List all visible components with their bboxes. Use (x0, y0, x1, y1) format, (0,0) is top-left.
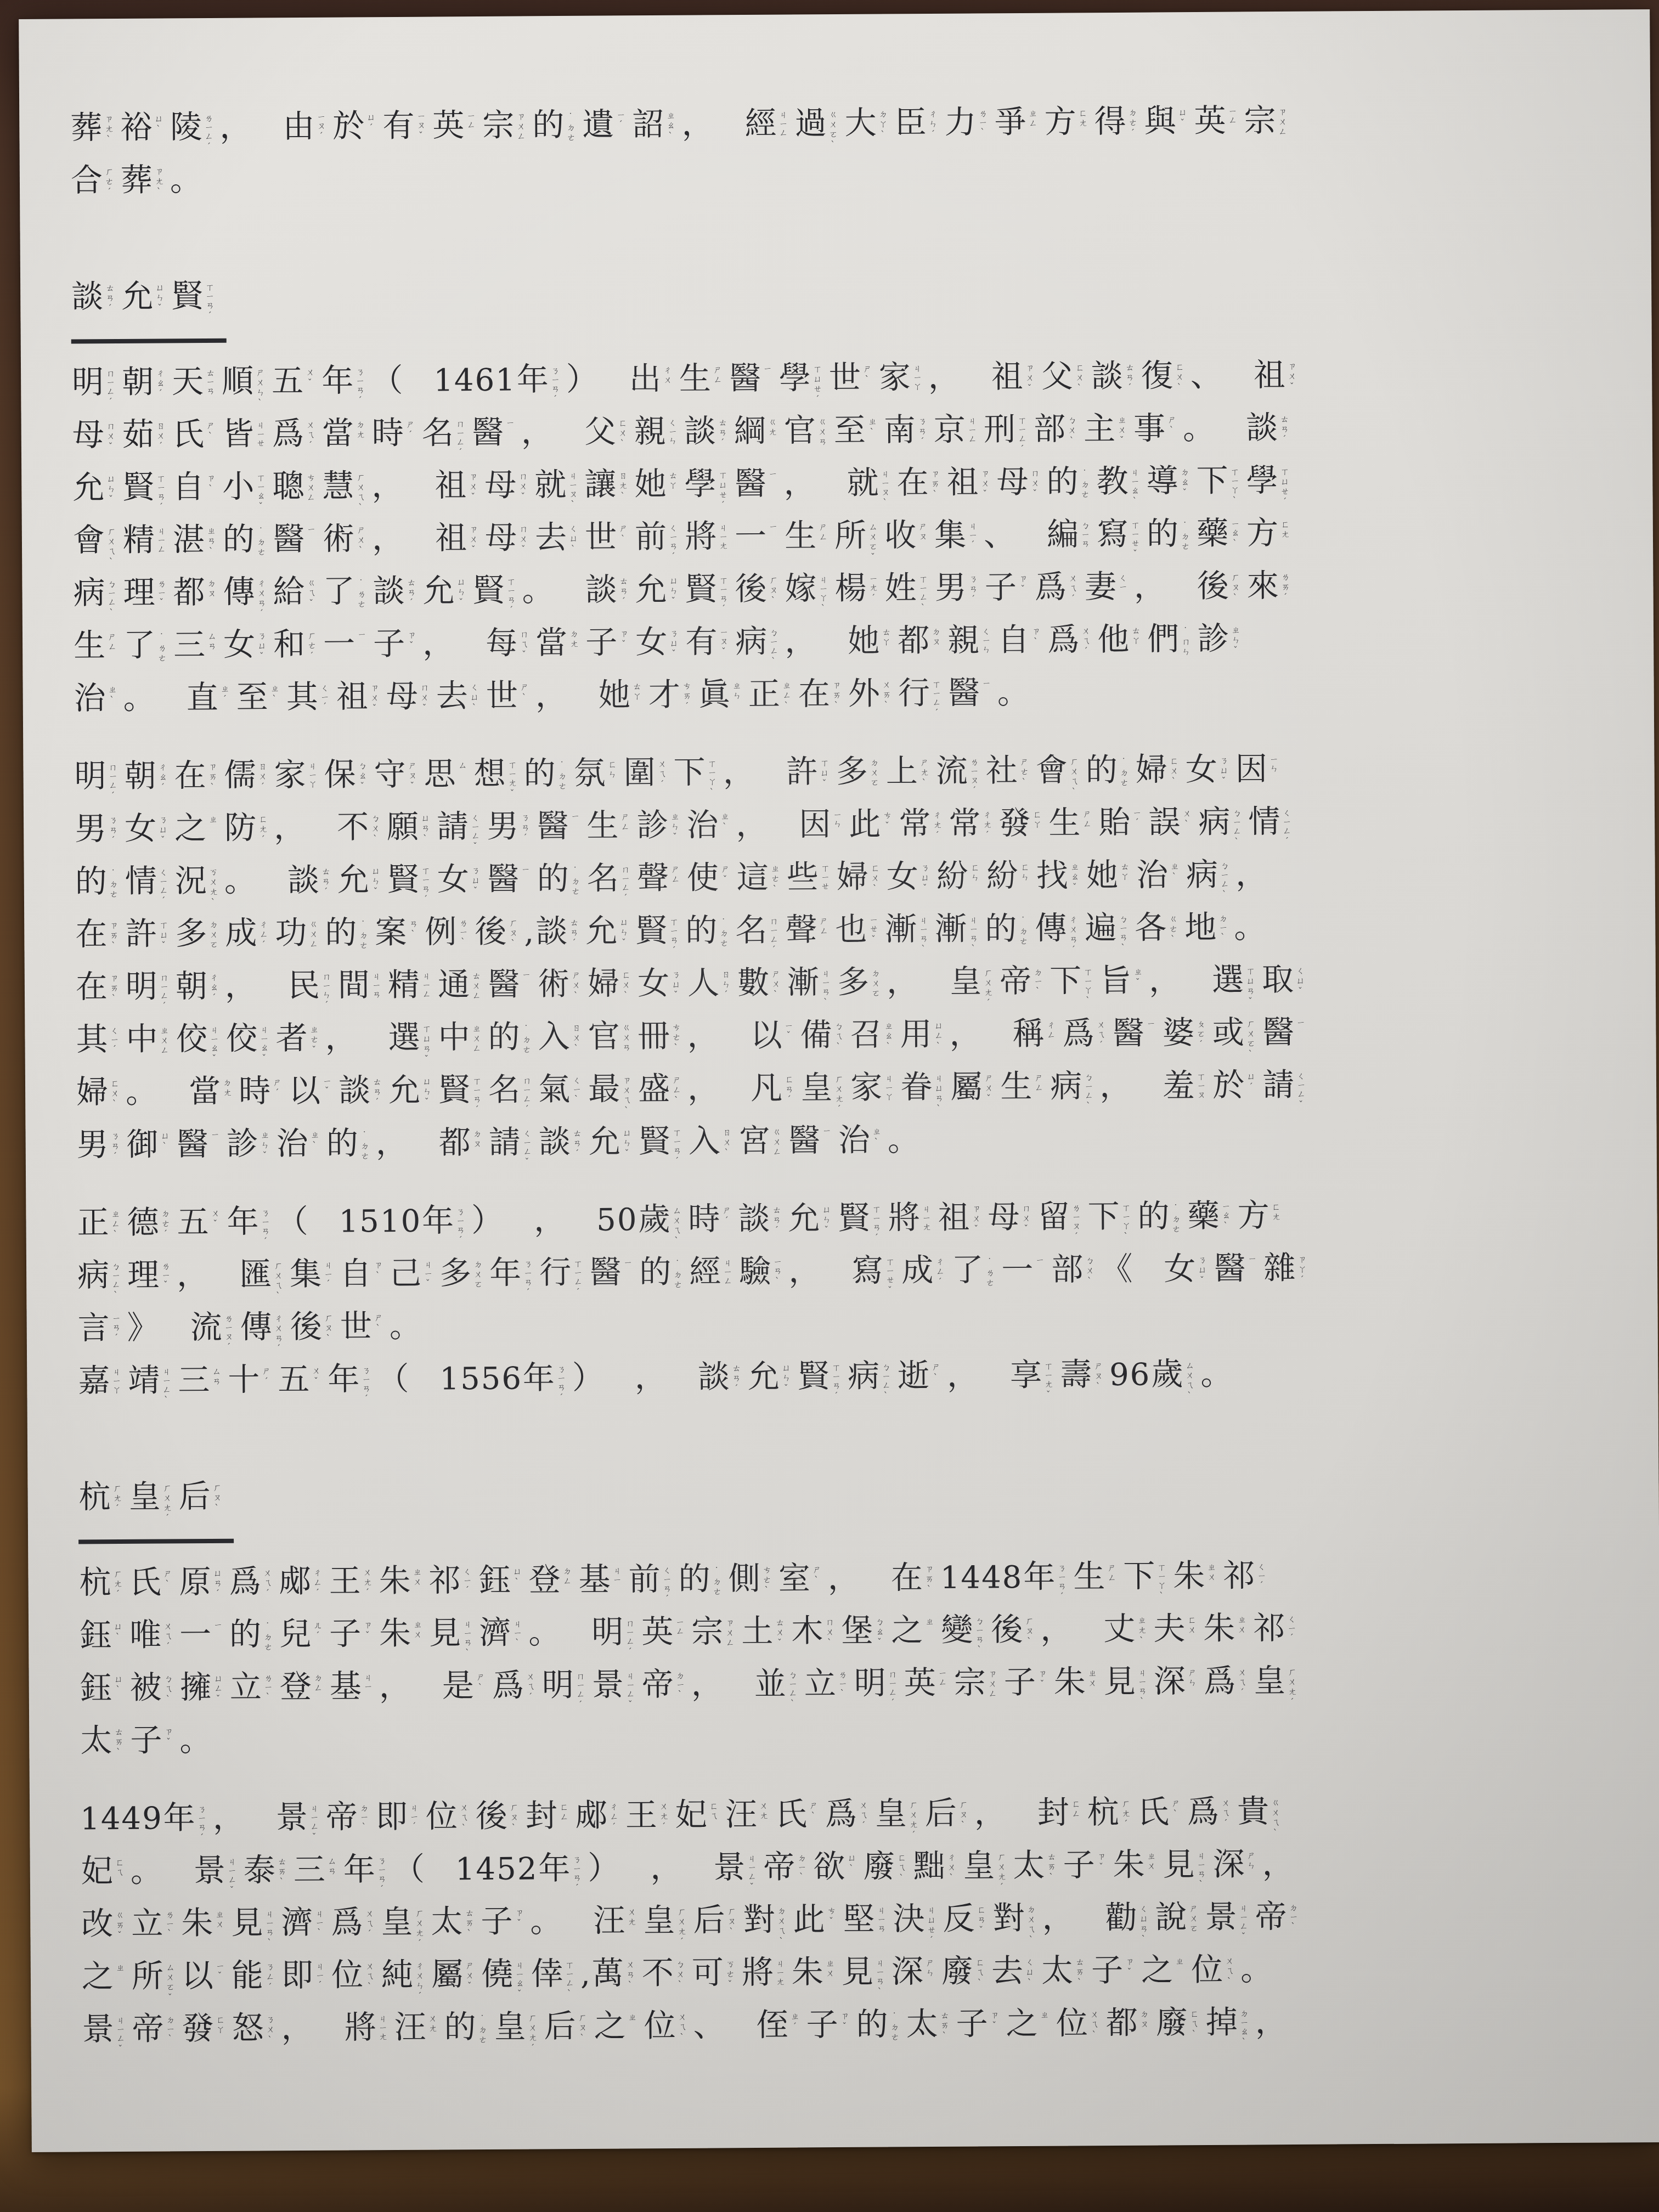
zhuyin-ruby: ㄌㄧㄡˊ (969, 757, 979, 803)
zhuyin-ruby: ㄊㄢˊ (619, 576, 628, 622)
cjk-char-with-zhuyin: 後ㄏㄡˋ (1197, 569, 1240, 619)
zhuyin-ruby: ㄧㄠˋ (1221, 1203, 1230, 1249)
cjk-char-with-zhuyin: 談ㄊㄢˊ (585, 573, 628, 622)
zhuyin-ruby: ㄧㄥ (675, 1618, 684, 1664)
cjk-char-with-zhuyin: 精ㄐㄧㄥ (388, 968, 431, 1018)
cjk-char-with-zhuyin: 子ㄗˇ (329, 1617, 372, 1666)
zhuyin-ruby: ㄋㄩˇ (158, 815, 167, 861)
cjk-punctuation: ， (535, 679, 567, 712)
zhuyin-ruby: ㄒㄧㄠˇ (256, 473, 265, 519)
cjk-char-with-zhuyin: 英ㄧㄥ (641, 1615, 684, 1664)
zhuyin-ruby: ㄇㄨˇ (1030, 469, 1039, 515)
zhuyin-ruby: ㄩˊ (1246, 1071, 1255, 1118)
zhuyin-ruby: ㄖㄨˋ (571, 1023, 580, 1069)
zhuyin-ruby: ㄓㄨ (215, 1910, 224, 1956)
cjk-char-with-zhuyin: 時ㄕˊ (239, 1074, 281, 1124)
zhuyin-ruby: ㄇㄨˇ (1021, 1204, 1030, 1250)
cjk-char-with-zhuyin: 成ㄔㄥˊ (225, 916, 268, 966)
cjk-char-with-zhuyin: 鈺ㄩˋ (478, 1564, 521, 1613)
cjk-char-with-zhuyin: 經ㄐㄧㄥ (744, 107, 787, 156)
cjk-char-with-zhuyin: 女ㄋㄩˇ (637, 967, 680, 1016)
cjk-char-with-zhuyin: 官ㄍㄨㄢ (784, 414, 827, 463)
zhuyin-ruby: ㄅㄧㄥˋ (1220, 861, 1229, 907)
zhuyin-ruby: ㄕㄨㄛ (1188, 1904, 1198, 1950)
zhuyin-ruby: ㄐㄧˊ (323, 1261, 332, 1307)
zhuyin-ruby: ㄨㄟˋ (678, 2012, 687, 2058)
cjk-char-with-zhuyin: 將ㄐㄧㄤ (344, 2011, 387, 2060)
cjk-char-with-zhuyin: 才ㄘㄞˊ (648, 678, 691, 727)
cjk-char-with-zhuyin: 臣ㄔㄣˊ (894, 106, 937, 155)
zhuyin-ruby: ㄓㄨ (825, 1959, 834, 2005)
zhuyin-ruby: ㄕㄥˋ (672, 1075, 681, 1121)
cjk-char-with-zhuyin: 木ㄇㄨˋ (791, 1614, 834, 1663)
zhuyin-ruby: ㄏㄤˊ (1121, 1799, 1130, 1845)
zhuyin-ruby: ㄇㄧㄥˊ (455, 419, 465, 465)
cjk-char-with-zhuyin: 年ㄋㄧㄢˊ (523, 1361, 566, 1410)
cjk-char-with-zhuyin: 民ㄇㄧㄣˊ (288, 969, 331, 1018)
cjk-char-with-zhuyin: 子ㄗˇ (1063, 1848, 1105, 1898)
zhuyin-ruby: ㄨㄟˊ (1221, 1798, 1230, 1844)
cjk-char-with-zhuyin: 明ㄇㄧㄥˊ (126, 969, 168, 1019)
cjk-char-with-zhuyin: 導ㄉㄠˇ (1146, 464, 1189, 513)
zhuyin-ruby: ㄐㄧㄤ (377, 2014, 387, 2060)
cjk-char-with-zhuyin: 裕ㄩˋ (120, 111, 163, 160)
zhuyin-ruby: ㄏㄡˋ (769, 575, 778, 622)
latin-text: , (524, 914, 535, 950)
cjk-char-with-zhuyin: 年ㄋㄧㄢˊ (321, 364, 364, 413)
zhuyin-ruby: ㄧㄢˋ (772, 1258, 782, 1304)
zhuyin-ruby: ㄍㄨㄟˋ (1271, 1798, 1280, 1844)
cjk-char-with-zhuyin: 后ㄏㄡˋ (178, 1480, 221, 1529)
cjk-char-with-zhuyin: 母ㄇㄨˇ (72, 418, 115, 467)
latin-text: 4 (961, 1560, 981, 1595)
zhuyin-ruby: ˙ㄌㄜ (157, 632, 166, 678)
cjk-char-with-zhuyin: 之ㄓ (174, 811, 217, 861)
cjk-char-with-zhuyin: 談ㄊㄢˊ (1091, 359, 1134, 409)
latin-text: 4 (981, 1560, 1002, 1595)
zhuyin-ruby: ㄓ (115, 1963, 125, 2009)
zhuyin-ruby: ㄧ (210, 1131, 219, 1177)
zhuyin-ruby: ㄏㄨㄤˊ (1287, 1667, 1296, 1713)
cjk-char-with-zhuyin: 允ㄩㄣˇ (635, 573, 678, 622)
cjk-char-with-zhuyin: 找ㄓㄠˇ (1036, 859, 1079, 908)
cjk-char-with-zhuyin: 綱ㄍㄤ (734, 414, 777, 464)
latin-text: 9 (1109, 1357, 1130, 1393)
zhuyin-ruby: ㄔㄠˊ (155, 369, 165, 415)
text-line: 改ㄍㄞˇ立ㄌㄧˋ朱ㄓㄨ見ㄐㄧㄢˋ濟ㄐㄧˋ爲ㄨㄟˊ皇ㄏㄨㄤˊ太ㄊㄞˋ子ㄗˇ。汪ㄨㄤ… (81, 1898, 1635, 1960)
cjk-char-with-zhuyin: 醫ㄧ (734, 467, 777, 516)
text-line: 正ㄓㄥˋ德ㄉㄜˊ五ㄨˇ年ㄋㄧㄢˊ（1510年ㄋㄧㄢˊ），50歲ㄙㄨㄟˋ時ㄕˊ談ㄊ… (76, 1197, 1631, 1259)
zhuyin-ruby: ㄅㄟˋ (834, 1022, 843, 1068)
cjk-char-with-zhuyin: 治ㄓˋ (74, 681, 117, 731)
cjk-punctuation: ， (379, 1669, 411, 1703)
zhuyin-ruby: ㄘㄞˊ (682, 681, 691, 727)
zhuyin-ruby: ㄐㄧˊ (315, 1962, 324, 2008)
zhuyin-ruby: ㄗㄞˋ (109, 973, 119, 1019)
cjk-char-with-zhuyin: 說ㄕㄨㄛ (1155, 1900, 1198, 1950)
cjk-char-with-zhuyin: 純ㄔㄨㄣˊ (381, 1958, 424, 2007)
zhuyin-ruby: ㄑㄩㄢˋ (1138, 1904, 1148, 1950)
cjk-char-with-zhuyin: 朱ㄓㄨ (792, 1955, 834, 2005)
cjk-char-with-zhuyin: 自ㄗˋ (997, 623, 1040, 673)
zhuyin-ruby: ㄋㄩˇ (1197, 1255, 1206, 1301)
zhuyin-ruby: ㄙㄨㄛˇ (165, 1962, 174, 2008)
cjk-char-with-zhuyin: 生ㄕㄥ (679, 362, 722, 411)
cjk-char-with-zhuyin: 地ㄉㄧˋ (1184, 911, 1227, 960)
zhuyin-ruby: ㄑㄧㄣ (981, 627, 990, 673)
zhuyin-ruby: ㄧ (306, 526, 315, 572)
cjk-char-with-zhuyin: 五ㄨˇ (278, 1363, 320, 1412)
cjk-char-with-zhuyin: 佼ㄐㄧㄠˇ (225, 1022, 268, 1071)
zhuyin-ruby: ㄩㄥˇ (213, 1674, 223, 1720)
cjk-char-with-zhuyin: 的˙ㄉㄜ (679, 1562, 721, 1611)
zhuyin-ruby: ㄐㄧㄥ (723, 1258, 732, 1304)
cjk-char-with-zhuyin: 病ㄅㄧㄥˋ (735, 625, 778, 674)
cjk-punctuation: ， (1134, 569, 1166, 603)
zhuyin-ruby: ㄒㄧㄥˊ (932, 680, 941, 726)
zhuyin-ruby: ㄕㄥ (819, 916, 828, 962)
cjk-char-with-zhuyin: 廢ㄈㄟˋ (1156, 2006, 1199, 2055)
text-line: 1449年ㄋㄧㄢˊ，景ㄐㄧㄥˇ帝ㄉㄧˋ即ㄐㄧˊ位ㄨㄟˋ後ㄏㄡˋ封ㄈㄥ郕ㄔㄥˊ王ㄨ… (80, 1792, 1635, 1854)
zhuyin-ruby: ㄗㄨㄟˋ (622, 1075, 631, 1121)
zhuyin-ruby: ㄇㄧㄥˊ (575, 1672, 585, 1718)
zhuyin-ruby: ㄈㄚ (1032, 810, 1041, 856)
zhuyin-ruby: ㄘㄜˋ (672, 1023, 681, 1069)
zhuyin-ruby: ㄩㄣˇ (422, 1077, 431, 1123)
cjk-punctuation: ， (534, 1203, 566, 1237)
zhuyin-ruby: ㄅㄨˋ (675, 1960, 685, 2006)
cjk-punctuation: ， (950, 1017, 981, 1051)
cjk-char-with-zhuyin: 景ㄐㄧㄥˇ (276, 1801, 319, 1850)
zhuyin-ruby: ㄒㄧㄥˊ (573, 1259, 582, 1305)
cjk-char-with-zhuyin: 名ㄇㄧㄥˊ (735, 913, 778, 963)
zhuyin-ruby: ˙ㄉㄜ (256, 526, 266, 572)
zhuyin-ruby: ㄕˋ (476, 1672, 485, 1718)
cjk-char-with-zhuyin: 間ㄐㄧㄢ (338, 968, 381, 1018)
cjk-char-with-zhuyin: 案ㄢˋ (375, 916, 417, 965)
cjk-char-with-zhuyin: 世ㄕˋ (829, 361, 872, 410)
zhuyin-ruby: ㄉㄡ (931, 627, 940, 673)
cjk-char-with-zhuyin: 南ㄋㄢˊ (884, 413, 927, 462)
zhuyin-ruby: ㄩˋ (154, 114, 163, 160)
zhuyin-ruby: ㄒㄩˇ (159, 920, 168, 966)
cjk-char-with-zhuyin: 王ㄨㄤˊ (329, 1564, 371, 1613)
cjk-punctuation: 、 (1190, 359, 1222, 392)
cjk-char-with-zhuyin: 濟ㄐㄧˋ (281, 1906, 324, 1955)
cjk-char-with-zhuyin: 倖ㄒㄧㄥˋ (531, 1957, 574, 2006)
cjk-char-with-zhuyin: 女ㄋㄩˇ (1186, 753, 1228, 802)
cjk-punctuation: ， (521, 415, 553, 449)
zhuyin-ruby: ㄐㄧㄢˋ (264, 1909, 274, 1955)
zhuyin-ruby: ㄏㄨㄤˊ (909, 1800, 918, 1846)
zhuyin-ruby: ㄑㄩˋ (470, 682, 479, 729)
zhuyin-ruby: ㄍㄞˇ (115, 1910, 124, 1956)
zhuyin-ruby: ㄏㄨㄤˊ (414, 1909, 424, 1955)
cjk-char-with-zhuyin: 太ㄊㄞˋ (80, 1724, 123, 1773)
zhuyin-ruby: ㄍㄜˋ (1168, 914, 1177, 960)
zhuyin-ruby: ㄋㄧㄢˊ (260, 1208, 269, 1254)
zhuyin-ruby: ˙ㄌㄜ (985, 1256, 994, 1302)
zhuyin-ruby: ㄒㄧㄚˋ (1121, 1203, 1130, 1249)
cjk-char-with-zhuyin: 去ㄑㄩˋ (535, 521, 578, 570)
text-line: 之ㄓ所ㄙㄨㄛˇ以ㄧˇ能ㄋㄥˊ即ㄐㄧˊ位ㄨㄟˋ純ㄔㄨㄣˊ屬ㄕㄨˇ僥ㄐㄧㄠˇ倖ㄒㄧㄥ… (81, 1950, 1636, 2012)
cjk-char-with-zhuyin: 病ㄅㄧㄥˋ (77, 1259, 120, 1308)
zhuyin-ruby: ㄗㄤˋ (104, 114, 113, 160)
zhuyin-ruby: ㄍㄨㄥ (772, 1127, 781, 1173)
zhuyin-ruby: ㄔㄨˋ (946, 1853, 956, 1899)
zhuyin-ruby: ㄎㄨㄤˋ (208, 867, 218, 913)
zhuyin-ruby: ㄒㄧㄢˊ (831, 1363, 840, 1409)
zhuyin-ruby: ㄈㄤˊ (258, 814, 267, 860)
latin-text: 5 (481, 1361, 501, 1397)
zhuyin-ruby: ㄉㄨㄛ (473, 1260, 482, 1306)
cjk-char-with-zhuyin: 行ㄒㄧㄥˊ (539, 1256, 582, 1305)
cjk-char-with-zhuyin: 帝ㄉㄧˋ (1000, 964, 1042, 1014)
zhuyin-ruby: ㄉㄨㄛ (870, 758, 879, 804)
zhuyin-ruby: ㄕㄡˋ (1093, 1361, 1103, 1407)
cjk-char-with-zhuyin: 中ㄓㄨㄥ (438, 1020, 481, 1070)
zhuyin-ruby: ㄍㄟˇ (306, 578, 315, 624)
paragraph-hang-origin: 杭ㄏㄤˊ氏ㄕˋ原ㄩㄢˊ爲ㄨㄟˊ郕ㄔㄥˊ王ㄨㄤˊ朱ㄓㄨ祁ㄑㄧˊ鈺ㄩˋ登ㄉㄥ基ㄐㄧ前… (78, 1556, 1634, 1776)
cjk-char-with-zhuyin: 汪ㄨㄤ (593, 1904, 636, 1953)
cjk-char-with-zhuyin: 自ㄗˋ (340, 1257, 382, 1306)
cjk-char-with-zhuyin: 況ㄎㄨㄤˋ (175, 864, 218, 913)
zhuyin-ruby: ˙ㄉㄜ (557, 760, 567, 806)
zhuyin-ruby: ㄋㄧㄢˊ (355, 367, 364, 413)
zhuyin-ruby: ㄨㄟˊ (163, 1621, 172, 1667)
cjk-char-with-zhuyin: 其ㄑㄧˊ (286, 680, 329, 730)
cjk-char-with-zhuyin: 決ㄐㄩㄝˊ (893, 1902, 935, 1951)
zhuyin-ruby: ㄑㄧㄥˇ (522, 1128, 532, 1175)
zhuyin-ruby: ㄓㄢˋ (206, 526, 216, 572)
cjk-char-with-zhuyin: 之ㄓ (891, 1613, 934, 1663)
zhuyin-ruby: ㄕㄥ (620, 812, 629, 858)
cjk-char-with-zhuyin: 病ㄅㄧㄥˋ (73, 576, 116, 625)
zhuyin-ruby: ㄨㄤ (759, 1801, 768, 1847)
cjk-char-with-zhuyin: 醫ㄧ (1262, 1015, 1305, 1065)
paragraph-hang-empress: 1449年ㄋㄧㄢˊ，景ㄐㄧㄥˇ帝ㄉㄧˋ即ㄐㄧˊ位ㄨㄟˋ後ㄏㄡˋ封ㄈㄥ郕ㄔㄥˊ王ㄨ… (80, 1792, 1636, 2065)
zhuyin-ruby: ㄐㄧㄤ (921, 1204, 930, 1250)
zhuyin-ruby: ㄏㄨㄤˊ (996, 1852, 1006, 1898)
cjk-char-with-zhuyin: 醫ㄧ (788, 1124, 831, 1173)
zhuyin-ruby: ㄒㄩˇ (820, 758, 829, 804)
zhuyin-ruby: ㄒㄧㄝˇ (1130, 521, 1139, 567)
zhuyin-ruby: ㄕˋ (862, 364, 872, 410)
zhuyin-ruby: ㄨㄟˊ (1096, 1020, 1105, 1066)
zhuyin-ruby: ㄙㄨㄟˋ (1184, 1361, 1194, 1407)
zhuyin-ruby: ㄊㄞˋ (1075, 1957, 1084, 2003)
cjk-char-with-zhuyin: 允ㄩㄣˇ (788, 1201, 831, 1251)
zhuyin-ruby: ㄑㄧˊ (1286, 1615, 1296, 1661)
zhuyin-ruby: ㄖㄨˊ (156, 421, 165, 467)
zhuyin-ruby: ㄩㄣˇ (821, 1205, 831, 1251)
zhuyin-ruby: ㄩㄢˊ (212, 1568, 222, 1615)
cjk-char-with-zhuyin: 位ㄨㄟˋ (426, 1799, 469, 1849)
cjk-char-with-zhuyin: 年ㄋㄧㄢˊ (227, 1205, 269, 1254)
zhuyin-ruby: ㄨㄟˊ (526, 1672, 535, 1718)
cjk-char-with-zhuyin: 慧ㄏㄨㄟˋ (322, 469, 365, 518)
zhuyin-ruby: ㄑㄧㄥˊ (1282, 808, 1291, 854)
zhuyin-ruby: ㄓㄣ (732, 681, 741, 727)
cjk-char-with-zhuyin: 堡ㄅㄠˇ (841, 1614, 884, 1663)
cjk-char-with-zhuyin: 來ㄌㄞˊ (1247, 569, 1290, 618)
cjk-char-with-zhuyin: 允ㄩㄣˇ (589, 1125, 631, 1174)
cjk-char-with-zhuyin: 家ㄐㄧㄚ (879, 360, 922, 410)
cjk-char-with-zhuyin: 年ㄋㄧㄢˊ (163, 1801, 206, 1850)
zhuyin-ruby: ㄌㄧㄡˊ (1071, 1203, 1080, 1249)
cjk-char-with-zhuyin: 掉ㄉㄧㄠˋ (1206, 2005, 1249, 2055)
zhuyin-ruby: ㄕˊ (272, 1077, 281, 1124)
cjk-char-with-zhuyin: 談ㄊㄢˊ (338, 1074, 381, 1123)
zhuyin-ruby: ㄏㄡˋ (578, 2013, 587, 2059)
zhuyin-ruby: ㄇㄧㄥˊ (620, 865, 630, 911)
cjk-char-with-zhuyin: 召ㄓㄠˋ (850, 1018, 893, 1067)
zhuyin-ruby: ㄩˋ (114, 1674, 123, 1720)
zhuyin-ruby: ㄉㄡ (472, 1129, 482, 1175)
cjk-char-with-zhuyin: 是ㄕˋ (442, 1669, 485, 1718)
cjk-char-with-zhuyin: 儒ㄖㄨˊ (224, 758, 267, 808)
zhuyin-ruby: ㄅㄨˋ (1085, 1256, 1094, 1302)
cjk-char-with-zhuyin: 教ㄐㄧㄠˋ (1096, 465, 1139, 514)
zhuyin-ruby: ㄊㄢˊ (731, 1363, 741, 1409)
zhuyin-ruby: ˙ㄉㄜ (1018, 915, 1028, 961)
text-line: 生ㄕㄥ了˙ㄌㄜ三ㄙㄢ女ㄋㄩˇ和ㄏㄜˊ一ㄧ子ㄗˇ，每ㄇㄟˇ當ㄉㄤ子ㄗˇ女ㄋㄩˇ有ㄧ… (73, 619, 1628, 681)
zhuyin-ruby: ㄉㄨㄟˋ (776, 1906, 786, 1953)
cjk-char-with-zhuyin: 允ㄩㄣˇ (72, 471, 115, 520)
cjk-char-with-zhuyin: 年ㄋㄧㄢˊ (1023, 1560, 1066, 1610)
zhuyin-ruby: ㄗㄨˇ (1287, 362, 1296, 408)
cjk-punctuation: （ (393, 1853, 425, 1886)
cjk-char-with-zhuyin: 後ㄏㄡˋ (991, 1613, 1034, 1662)
zhuyin-ruby: ㄉㄥ (313, 1673, 323, 1719)
zhuyin-ruby: ㄘㄜˋ (762, 1565, 771, 1611)
cjk-char-with-zhuyin: 在ㄗㄞˋ (891, 1561, 934, 1610)
zhuyin-ruby: ㄧㄥ (1228, 108, 1237, 154)
cjk-char-with-zhuyin: 皇ㄏㄨㄤˊ (643, 1904, 686, 1953)
zhuyin-ruby: ㄐㄧ (612, 1566, 622, 1612)
text-line: 嘉ㄐㄧㄚ靖ㄐㄧㄥˋ三ㄙㄢ十ㄕˊ五ㄨˇ年ㄋㄧㄢˊ（1556年ㄋㄧㄢˊ），談ㄊㄢˊ允… (77, 1355, 1632, 1417)
cjk-char-with-zhuyin: 治ㄓˋ (686, 808, 729, 857)
zhuyin-ruby: ㄕㄨˋ (571, 970, 580, 1017)
zhuyin-ruby: ㄅㄟˋ (163, 1674, 173, 1720)
cjk-char-with-zhuyin: 之ㄓ (594, 2009, 636, 2058)
zhuyin-ruby: ㄧ (768, 523, 777, 569)
cjk-char-with-zhuyin: 此ㄘˇ (849, 807, 891, 856)
cjk-punctuation: 。 (522, 573, 554, 607)
cjk-char-with-zhuyin: 醫ㄧ (1113, 1017, 1155, 1066)
cjk-char-with-zhuyin: 年ㄋㄧㄢˊ (422, 1204, 465, 1253)
document-text: 葬ㄗㄤˋ裕ㄩˋ陵ㄌㄧㄥˊ，由ㄧㄡˊ於ㄩˊ有ㄧㄡˇ英ㄧㄥ宗ㄗㄨㄥ的˙ㄉㄜ遺ㄧˊ詔ㄓ… (70, 101, 1637, 2152)
cjk-char-with-zhuyin: 她ㄊㄚ (848, 624, 890, 673)
zhuyin-ruby: ㄕㄥ (107, 632, 116, 678)
cjk-char-with-zhuyin: 和ㄏㄜˊ (273, 628, 316, 677)
zhuyin-ruby: ㄕˊ (261, 1366, 270, 1412)
zhuyin-ruby: ˙ㄉㄜ (109, 868, 118, 914)
zhuyin-ruby: ㄋㄩˇ (471, 866, 480, 912)
zhuyin-ruby: ㄨˇ (305, 368, 314, 414)
paragraph-burial: 葬ㄗㄤˋ裕ㄩˋ陵ㄌㄧㄥˊ，由ㄧㄡˊ於ㄩˊ有ㄧㄡˇ英ㄧㄥ宗ㄗㄨㄥ的˙ㄉㄜ遺ㄧˊ詔ㄓ… (70, 101, 1624, 216)
zhuyin-ruby: ㄩˋ (512, 1567, 522, 1613)
cjk-char-with-zhuyin: 自ㄗˋ (172, 470, 215, 520)
zhuyin-ruby: ㄒㄩㄢˇ (1245, 966, 1255, 1012)
cjk-char-with-zhuyin: 英ㄧㄥ (904, 1666, 947, 1716)
zhuyin-ruby: ㄊㄚ (1120, 862, 1129, 908)
zhuyin-ruby: ㄊㄢˊ (321, 867, 330, 913)
zhuyin-ruby: ㄑㄧㄣ (668, 418, 677, 464)
zhuyin-ruby: ㄓㄜˋ (770, 864, 780, 910)
text-line: 病ㄅㄧㄥˋ理ㄌㄧˇ，匯ㄏㄨㄟˋ集ㄐㄧˊ自ㄗˋ己ㄐㄧˇ多ㄉㄨㄛ年ㄋㄧㄢˊ行ㄒㄧㄥˊ… (77, 1249, 1632, 1311)
zhuyin-ruby: ㄙㄢ (207, 631, 216, 678)
zhuyin-ruby: ㄙㄢ (327, 1857, 336, 1903)
cjk-char-with-zhuyin: 他ㄊㄚ (1097, 623, 1140, 672)
cjk-char-with-zhuyin: 唯ㄨㄟˊ (129, 1618, 172, 1667)
zhuyin-ruby: ㄑㄧˊ (320, 684, 329, 730)
cjk-char-with-zhuyin: 爭ㄓㄥ (994, 105, 1037, 155)
zhuyin-ruby: ㄓˋ (872, 1127, 881, 1173)
zhuyin-ruby: ㄖㄤˋ (618, 471, 627, 517)
zhuyin-ruby: ㄅㄠˇ (358, 761, 367, 807)
latin-text: 0 (400, 1204, 421, 1239)
cjk-punctuation: ， (650, 1851, 682, 1884)
zhuyin-ruby: ㄋㄧㄢˊ (556, 1364, 566, 1410)
cjk-char-with-zhuyin: 皇ㄏㄨㄤˊ (950, 964, 992, 1014)
zhuyin-ruby: ㄊㄚ (668, 471, 677, 517)
zhuyin-ruby: ㄗㄤˋ (154, 167, 163, 213)
zhuyin-ruby: ㄈㄨ (1187, 1615, 1196, 1661)
latin-text: 6 (475, 363, 495, 398)
cjk-char-with-zhuyin: 理ㄌㄧˇ (127, 1258, 170, 1307)
cjk-char-with-zhuyin: 合ㄏㄜˊ (71, 163, 114, 213)
zhuyin-ruby: ㄏㄨㄟˋ (1069, 757, 1079, 803)
cjk-char-with-zhuyin: 正ㄓㄥˋ (77, 1206, 120, 1255)
zhuyin-ruby: ㄊㄧㄢ (205, 368, 215, 414)
cjk-char-with-zhuyin: 藥ㄧㄠˋ (1197, 517, 1239, 566)
zhuyin-ruby: ㄏㄡˋ (508, 918, 517, 964)
cjk-char-with-zhuyin: 享ㄒㄧㄤˇ (1010, 1358, 1053, 1408)
cjk-char-with-zhuyin: 病ㄅㄧㄥˋ (1186, 858, 1229, 907)
cjk-punctuation: ， (219, 110, 251, 144)
zhuyin-ruby: ㄑㄧㄥˇ (1296, 1071, 1305, 1118)
zhuyin-ruby: ㄋㄢˊ (968, 574, 978, 620)
zhuyin-ruby: ㄗㄨㄥ (988, 1669, 997, 1715)
cjk-char-with-zhuyin: 的˙ㄉㄜ (223, 522, 266, 572)
cjk-punctuation: 。 (224, 864, 256, 898)
zhuyin-ruby: ㄌㄧㄡˊ (224, 1314, 233, 1360)
cjk-char-with-zhuyin: 她ㄊㄚ (599, 678, 641, 727)
zhuyin-ruby: ㄉㄧˋ (359, 1803, 369, 1849)
cjk-char-with-zhuyin: 眞ㄓㄣ (698, 678, 741, 727)
cjk-char-with-zhuyin: 怒ㄋㄨˋ (232, 2011, 274, 2061)
zhuyin-ruby: ㄐㄧㄥˋ (161, 1367, 171, 1413)
cjk-char-with-zhuyin: 漸ㄐㄧㄢˋ (935, 912, 978, 961)
cjk-punctuation: ， (1255, 2005, 1287, 2039)
cjk-char-with-zhuyin: 許ㄒㄩˇ (786, 755, 829, 804)
zhuyin-ruby: ㄌㄧㄥˊ (204, 114, 213, 160)
cjk-char-with-zhuyin: 凡ㄈㄢˊ (751, 1071, 793, 1121)
cjk-char-with-zhuyin: 祁ㄑㄧˊ (1253, 1611, 1296, 1661)
cjk-char-with-zhuyin: 的˙ㄉㄜ (639, 1255, 682, 1305)
cjk-char-with-zhuyin: 流ㄌㄧㄡˊ (190, 1311, 233, 1360)
zhuyin-ruby: ㄕㄥ (1107, 1563, 1116, 1609)
cjk-char-with-zhuyin: 發ㄈㄚ (182, 2012, 224, 2061)
cjk-char-with-zhuyin: 請ㄑㄧㄥˇ (489, 1125, 532, 1175)
cjk-char-with-zhuyin: 女ㄋㄩˇ (223, 628, 266, 677)
cjk-punctuation: ， (785, 624, 816, 658)
cjk-char-with-zhuyin: 去ㄑㄩˋ (991, 1954, 1034, 2004)
zhuyin-ruby: ㄒㄧㄢˊ (871, 1205, 881, 1251)
cjk-char-with-zhuyin: 祁ㄑㄧˊ (428, 1564, 471, 1613)
zhuyin-ruby: ㄗㄨㄥ (516, 111, 525, 157)
